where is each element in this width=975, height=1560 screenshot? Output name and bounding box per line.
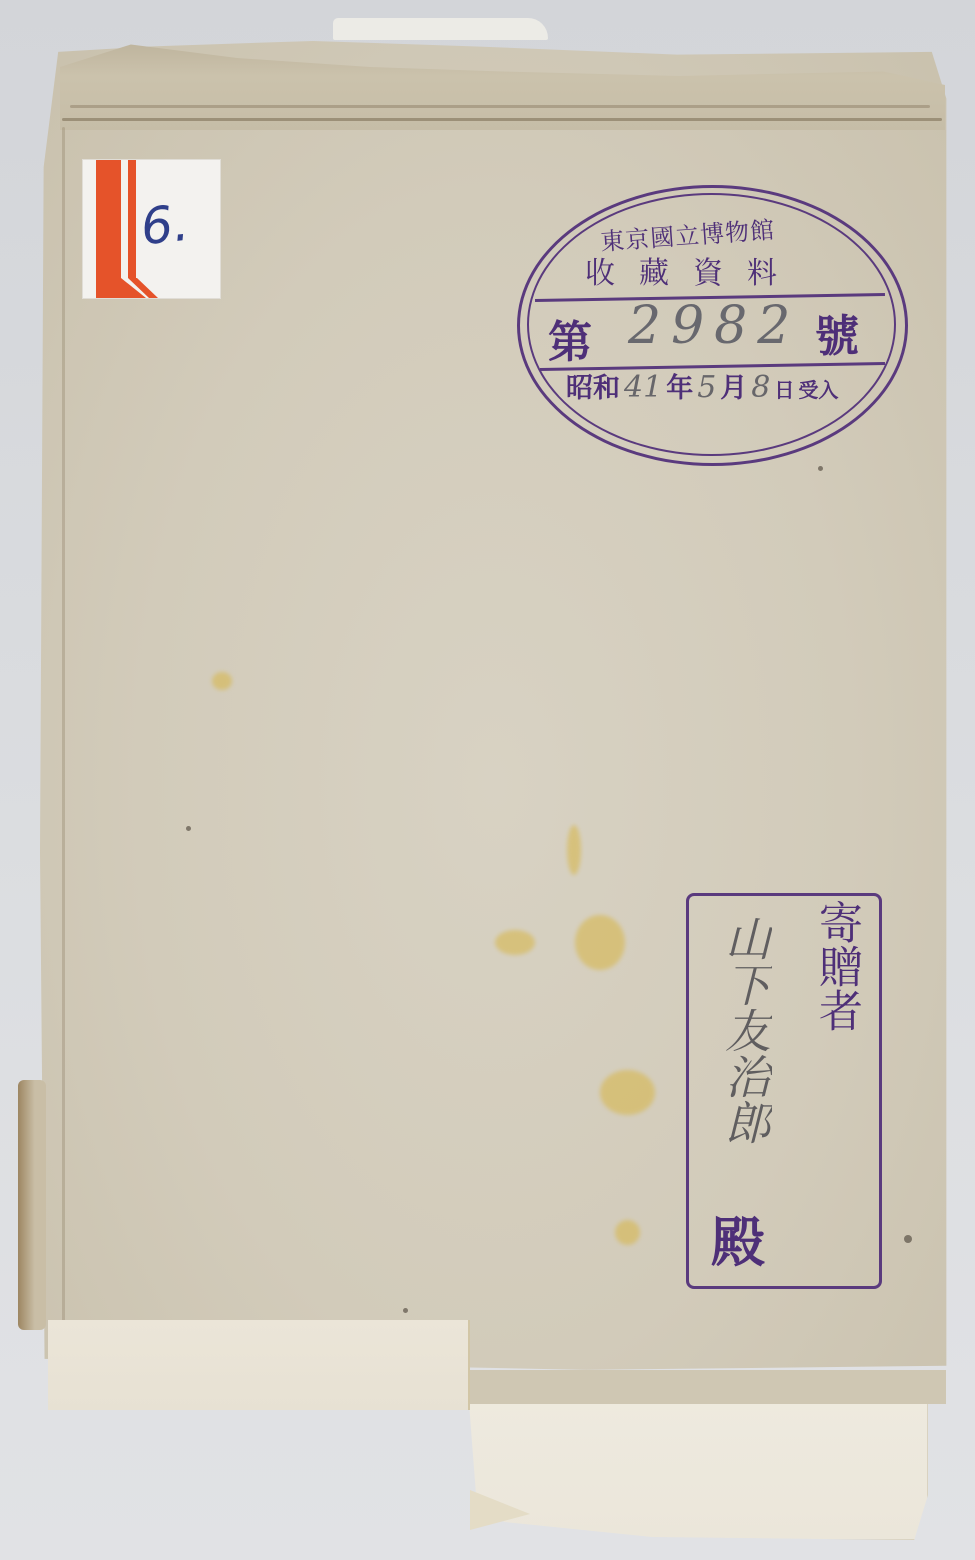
date-day-unit: 日 bbox=[774, 374, 794, 403]
number-prefix: 第 bbox=[548, 306, 592, 370]
number-suffix: 號 bbox=[815, 300, 859, 364]
date-year-unit: 年 bbox=[666, 366, 693, 405]
date-day: 8 bbox=[751, 370, 770, 405]
catalog-number-label: 6. bbox=[83, 160, 220, 298]
stain bbox=[575, 915, 625, 970]
speck bbox=[818, 466, 823, 471]
speck bbox=[186, 826, 191, 831]
date-era: 昭和 bbox=[566, 366, 620, 405]
bottom-paper-slip bbox=[468, 1390, 928, 1540]
speck bbox=[904, 1235, 912, 1243]
donor-honorific: 殿 bbox=[703, 1200, 773, 1277]
stain bbox=[495, 930, 535, 955]
donor-label: 寄贈者 bbox=[818, 900, 868, 1032]
stain bbox=[567, 825, 581, 875]
binding-thread-1 bbox=[62, 118, 942, 121]
stain bbox=[212, 672, 232, 690]
speck bbox=[403, 1308, 408, 1313]
donor-name: 山下友治郎 bbox=[715, 915, 775, 1145]
stain bbox=[615, 1220, 640, 1245]
torn-paper-top bbox=[333, 18, 548, 40]
date-month: 5 bbox=[697, 370, 716, 405]
binding-thread-2 bbox=[70, 105, 930, 108]
collection-label: 收藏資料 bbox=[585, 248, 801, 292]
label-stripe bbox=[96, 160, 121, 278]
date-received: 受入 bbox=[798, 374, 838, 403]
page-edges-left bbox=[18, 1080, 46, 1330]
accession-number: 2982 bbox=[628, 296, 800, 356]
accession-date: 昭和 41 年 5 月 8 日 受入 bbox=[566, 366, 838, 405]
spine-fold-line bbox=[62, 127, 65, 1357]
label-stripe bbox=[128, 160, 136, 278]
cover-bottom-edge bbox=[468, 1370, 946, 1404]
inner-paper-slip bbox=[48, 1320, 470, 1410]
date-month-unit: 月 bbox=[720, 366, 747, 405]
catalog-number: 6. bbox=[138, 194, 192, 257]
date-year: 41 bbox=[624, 370, 662, 405]
stain bbox=[600, 1070, 655, 1115]
